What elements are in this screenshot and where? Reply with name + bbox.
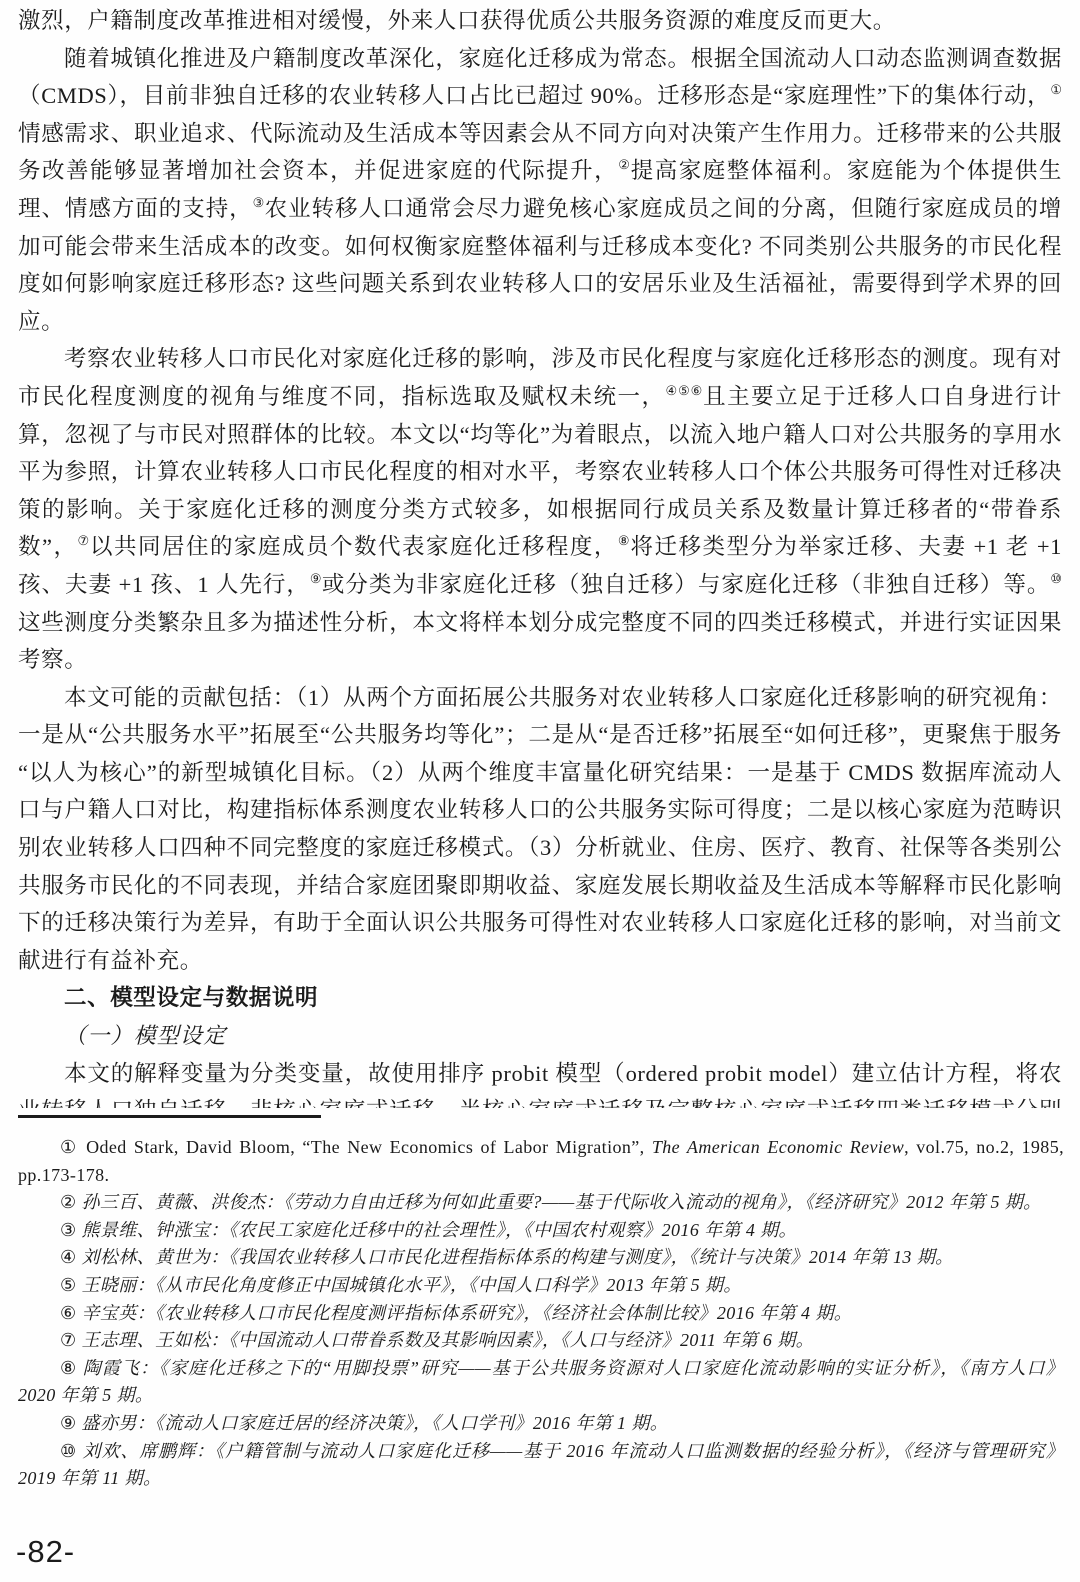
footnote-item: ⑨ 盛亦男：《流动人口家庭迁居的经济决策》，《人口学刊》2016 年第 1 期。 (18, 1410, 1064, 1438)
footnote-item: ⑥ 辛宝英：《农业转移人口市民化程度测评指标体系研究》，《经济社会体制比较》20… (18, 1300, 1064, 1328)
footnote-number-marker: ⑤ (60, 1275, 81, 1295)
footnote-ref-marker: ③ (253, 195, 265, 210)
footnote-ref-marker: ⑧ (618, 533, 631, 548)
footnote-number-marker: ③ (60, 1220, 81, 1240)
footnote-number-marker: ⑨ (60, 1413, 81, 1433)
footnote-number-marker: ⑩ (60, 1441, 82, 1461)
footnote-ref-marker: ⑩ (1050, 571, 1062, 586)
footnote-ref-marker: ① (1050, 82, 1062, 97)
footnote-item: ⑤ 王晓丽：《从市民化角度修正中国城镇化水平》，《中国人口科学》2013 年第 … (18, 1272, 1064, 1300)
footnote-item: ⑧ 陶霞飞：《家庭化迁移之下的“用脚投票”研究——基于公共服务资源对人口家庭化流… (18, 1355, 1064, 1410)
journal-title-italic: The American Economic Review (652, 1137, 904, 1157)
body-paragraph: 随着城镇化推进及户籍制度改革深化，家庭化迁移成为常态。根据全国流动人口动态监测调… (18, 40, 1062, 341)
page-number: -82- (16, 1534, 75, 1570)
footnote-number-marker: ① (60, 1137, 86, 1157)
paper-page: 激烈，户籍制度改革推进相对缓慢，外来人口获得优质公共服务资源的难度反而更大。随着… (0, 0, 1080, 1582)
footnote-item: ② 孙三百、黄薇、洪俊杰：《劳动力自由迁移为何如此重要?——基于代际收入流动的视… (18, 1189, 1064, 1217)
body-paragraph: 本文的解释变量为分类变量，故使用排序 probit 模型（ordered pro… (18, 1055, 1062, 1108)
footnote-number-marker: ⑥ (60, 1303, 81, 1323)
footnote-item: ① Oded Stark, David Bloom, “The New Econ… (18, 1134, 1064, 1189)
footnote-ref-marker: ⑦ (77, 533, 90, 548)
footnote-number-marker: ⑦ (60, 1330, 81, 1350)
body-paragraph: 考察农业转移人口市民化对家庭化迁移的影响，涉及市民化程度与家庭化迁移形态的测度。… (18, 340, 1062, 678)
footnote-number-marker: ⑧ (60, 1358, 83, 1378)
body-paragraph: 本文可能的贡献包括：（1）从两个方面拓展公共服务对农业转移人口家庭化迁移影响的研… (18, 679, 1062, 980)
footnote-number-marker: ② (60, 1192, 81, 1212)
section-heading: 二、模型设定与数据说明 (18, 979, 1062, 1017)
footnotes-list: ① Oded Stark, David Bloom, “The New Econ… (18, 1134, 1064, 1493)
footnote-separator (18, 1115, 321, 1118)
footnote-item: ⑩ 刘欢、席鹏辉：《户籍管制与流动人口家庭化迁移——基于 2016 年流动人口监… (18, 1438, 1064, 1493)
footnote-number-marker: ④ (60, 1247, 81, 1267)
article-body: 激烈，户籍制度改革推进相对缓慢，外来人口获得优质公共服务资源的难度反而更大。随着… (18, 2, 1062, 1108)
footnote-ref-marker: ② (618, 157, 631, 172)
subsection-heading: （一）模型设定 (18, 1017, 1062, 1055)
footnote-item: ⑦ 王志理、王如松：《中国流动人口带眷系数及其影响因素》，《人口与经济》2011… (18, 1327, 1064, 1355)
footnote-item: ④ 刘松林、黄世为：《我国农业转移人口市民化进程指标体系的构建与测度》，《统计与… (18, 1244, 1064, 1272)
body-paragraph: 激烈，户籍制度改革推进相对缓慢，外来人口获得优质公共服务资源的难度反而更大。 (18, 2, 1062, 40)
footnote-ref-marker: ④⑤⑥ (666, 383, 704, 398)
footnote-item: ③ 熊景维、钟涨宝：《农民工家庭化迁移中的社会理性》，《中国农村观察》2016 … (18, 1217, 1064, 1245)
footnote-ref-marker: ⑨ (310, 571, 322, 586)
